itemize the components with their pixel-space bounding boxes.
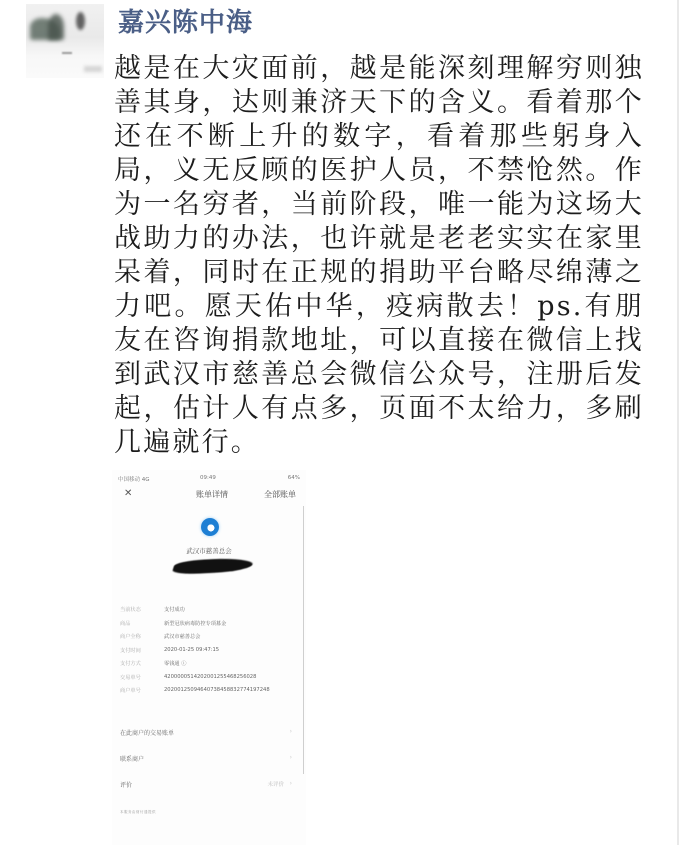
chevron-right-icon: › <box>290 780 292 787</box>
payment-details: 当前状态支付成功 商品新型冠状病毒防控专项募金 商户全称武汉市慈善总会 支付时间… <box>120 606 300 701</box>
detail-label: 交易单号 <box>120 674 164 688</box>
post-text: 越是在大灾面前，越是能深刻理解穷则独善其身，达则兼济天下的含义。看着那个还在不断… <box>114 52 644 460</box>
avatar-landscape-shape <box>48 14 64 40</box>
review-status: 未评价 <box>267 780 284 788</box>
service-footer: 本服务由财付通提供 <box>120 810 156 815</box>
avatar[interactable] <box>26 4 104 78</box>
detail-row: 支付方式零钱通 ⓘ <box>120 660 300 674</box>
avatar-landscape-shape <box>62 52 72 54</box>
link-label: 联系商户 <box>120 756 144 763</box>
bill-detail-title: 账单详情 <box>196 489 228 500</box>
time-label: 09:49 <box>200 475 216 481</box>
detail-value: 20200125094640738458832774197248 <box>164 687 270 701</box>
detail-value: 零钱通 ⓘ <box>164 660 186 674</box>
link-label: 评价 <box>120 782 132 789</box>
detail-value: 4200000514202001255468256028 <box>164 674 256 688</box>
redacted-amount <box>171 557 255 575</box>
detail-row: 商户全称武汉市慈善总会 <box>120 633 300 647</box>
detail-label: 当前状态 <box>120 606 164 620</box>
link-label: 在此商户的交易账单 <box>120 730 174 737</box>
detail-label: 支付方式 <box>120 660 164 674</box>
detail-label: 商户全称 <box>120 633 164 647</box>
avatar-landscape-shape <box>76 12 85 30</box>
chevron-right-icon: › <box>290 728 292 735</box>
detail-value: 2020-01-25 09:47:15 <box>164 647 219 661</box>
charity-logo-icon <box>201 518 219 536</box>
avatar-landscape-shape <box>84 66 102 72</box>
detail-row: 商品新型冠状病毒防控专项募金 <box>120 620 300 634</box>
all-bills-link: 全部账单 <box>264 489 296 500</box>
link-merchant-bills: 在此商户的交易账单 › <box>120 728 296 754</box>
detail-label: 商品 <box>120 620 164 634</box>
bill-links: 在此商户的交易账单 › 联系商户 › 评价 未评价 › <box>120 728 296 806</box>
chevron-right-icon: › <box>290 754 292 761</box>
detail-row: 交易单号4200000514202001255468256028 <box>120 674 300 688</box>
phone-status-bar: 中国移动 4G 09:49 64% <box>112 472 306 484</box>
detail-row: 支付时间2020-01-25 09:47:15 <box>120 647 300 661</box>
detail-value: 支付成功 <box>164 606 185 620</box>
detail-row: 商户单号20200125094640738458832774197248 <box>120 687 300 701</box>
link-contact-merchant: 联系商户 › <box>120 754 296 780</box>
close-icon: ✕ <box>124 488 132 499</box>
embedded-payment-screenshot[interactable]: 中国移动 4G 09:49 64% ✕ 账单详情 全部账单 武汉市慈善总会 当前… <box>112 470 306 845</box>
detail-label: 支付时间 <box>120 647 164 661</box>
org-name: 武汉市慈善总会 <box>112 546 306 555</box>
link-review: 评价 未评价 › <box>120 780 296 806</box>
detail-label: 商户单号 <box>120 687 164 701</box>
battery-label: 64% <box>288 475 300 481</box>
carrier-label: 中国移动 4G <box>118 475 150 483</box>
detail-value: 新型冠状病毒防控专项募金 <box>164 620 226 634</box>
phone-nav-bar: ✕ 账单详情 全部账单 <box>112 484 306 504</box>
author-name[interactable]: 嘉兴陈中海 <box>118 6 253 40</box>
detail-row: 当前状态支付成功 <box>120 606 300 620</box>
detail-value: 武汉市慈善总会 <box>164 633 200 647</box>
